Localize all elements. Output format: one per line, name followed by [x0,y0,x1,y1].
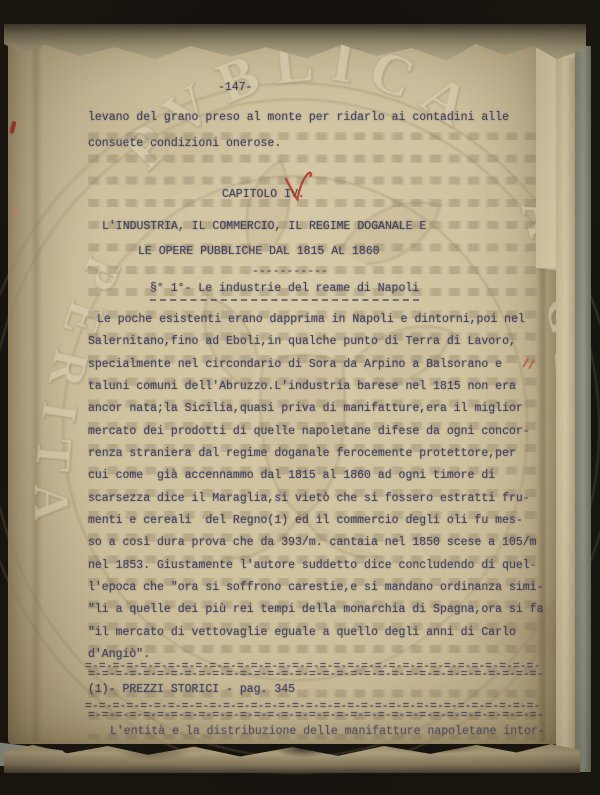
section-heading: §° 1°- Le industrie del reame di Napoli [150,283,419,301]
typed-line: renza straniera dal regime doganale fero… [88,448,516,461]
book-cover-edge [575,46,591,772]
chapter-title-line-2: LE OPERE PUBBLICHE DAL 1815 AL 1860 [138,246,380,259]
red-margin-tick [520,355,537,371]
typed-line: Salernitano,fino ad Eboli,in qualche pun… [88,336,516,349]
manuscript-photo: PVBLICA PERITA AVGE -147-levano del gran… [0,0,600,795]
binding-stitch-faint [13,206,17,216]
typed-line: Le poche esistenti erano dapprima in Nap… [97,314,525,327]
footnote: (1)- PREZZI STORICI - pag. 345 [88,684,295,697]
chapter-title-line-1: L'INDUSTRIA, IL COMMERCIO, IL REGIME DOG… [102,221,426,234]
typed-line: consuete condizioni onerose. [88,138,281,151]
typed-text-layer: -147-levano del grano preso al monte per… [0,0,600,795]
title-dashes: ----------- [252,266,328,279]
typed-line: nel 1853. Giustamente l'autore suddetto … [88,560,537,573]
typed-line: specialmente nel circondario di Sora da … [88,359,502,372]
typed-line: menti e cereali del Regno(1) ed il comme… [88,515,523,528]
typed-line: mercato dei prodotti di quelle napoletan… [88,426,530,439]
red-correction-mark [281,169,320,208]
typed-line: levano del grano preso al monte per rida… [88,112,509,125]
typed-line: "il mercato di vettovaglie eguale a quel… [88,627,516,640]
typed-line: taluni comuni dell'Abruzzo.L'industria b… [88,381,516,394]
typed-line: ancor nata;la Sicilia,quasi priva di man… [88,403,523,416]
typed-line: so a così dura prova che da 393/m. canta… [88,537,537,550]
separator: =-=-=-=-=-=-=-=-=-=-=-=-=-=-=-=-=-=-=-=-… [88,710,543,723]
typed-line: cui come già accennammo dal 1815 al 1860… [88,470,495,483]
typed-line: "li a quelle dei più rei tempi della mon… [88,604,543,617]
typed-line: L'entità e la distribuzione delle manifa… [110,726,545,739]
page-number: -147- [218,82,253,95]
typed-line: l'epoca che "ora si soffrono carestie,e … [88,582,543,595]
page-stack-edge [556,58,577,758]
typed-line: scarsezza dice il Maraglia,si vietò che … [88,493,530,506]
separator: =-=-=-=-=-=-=-=-=-=-=-=-=-=-=-=-=-=-=-=-… [88,669,543,682]
